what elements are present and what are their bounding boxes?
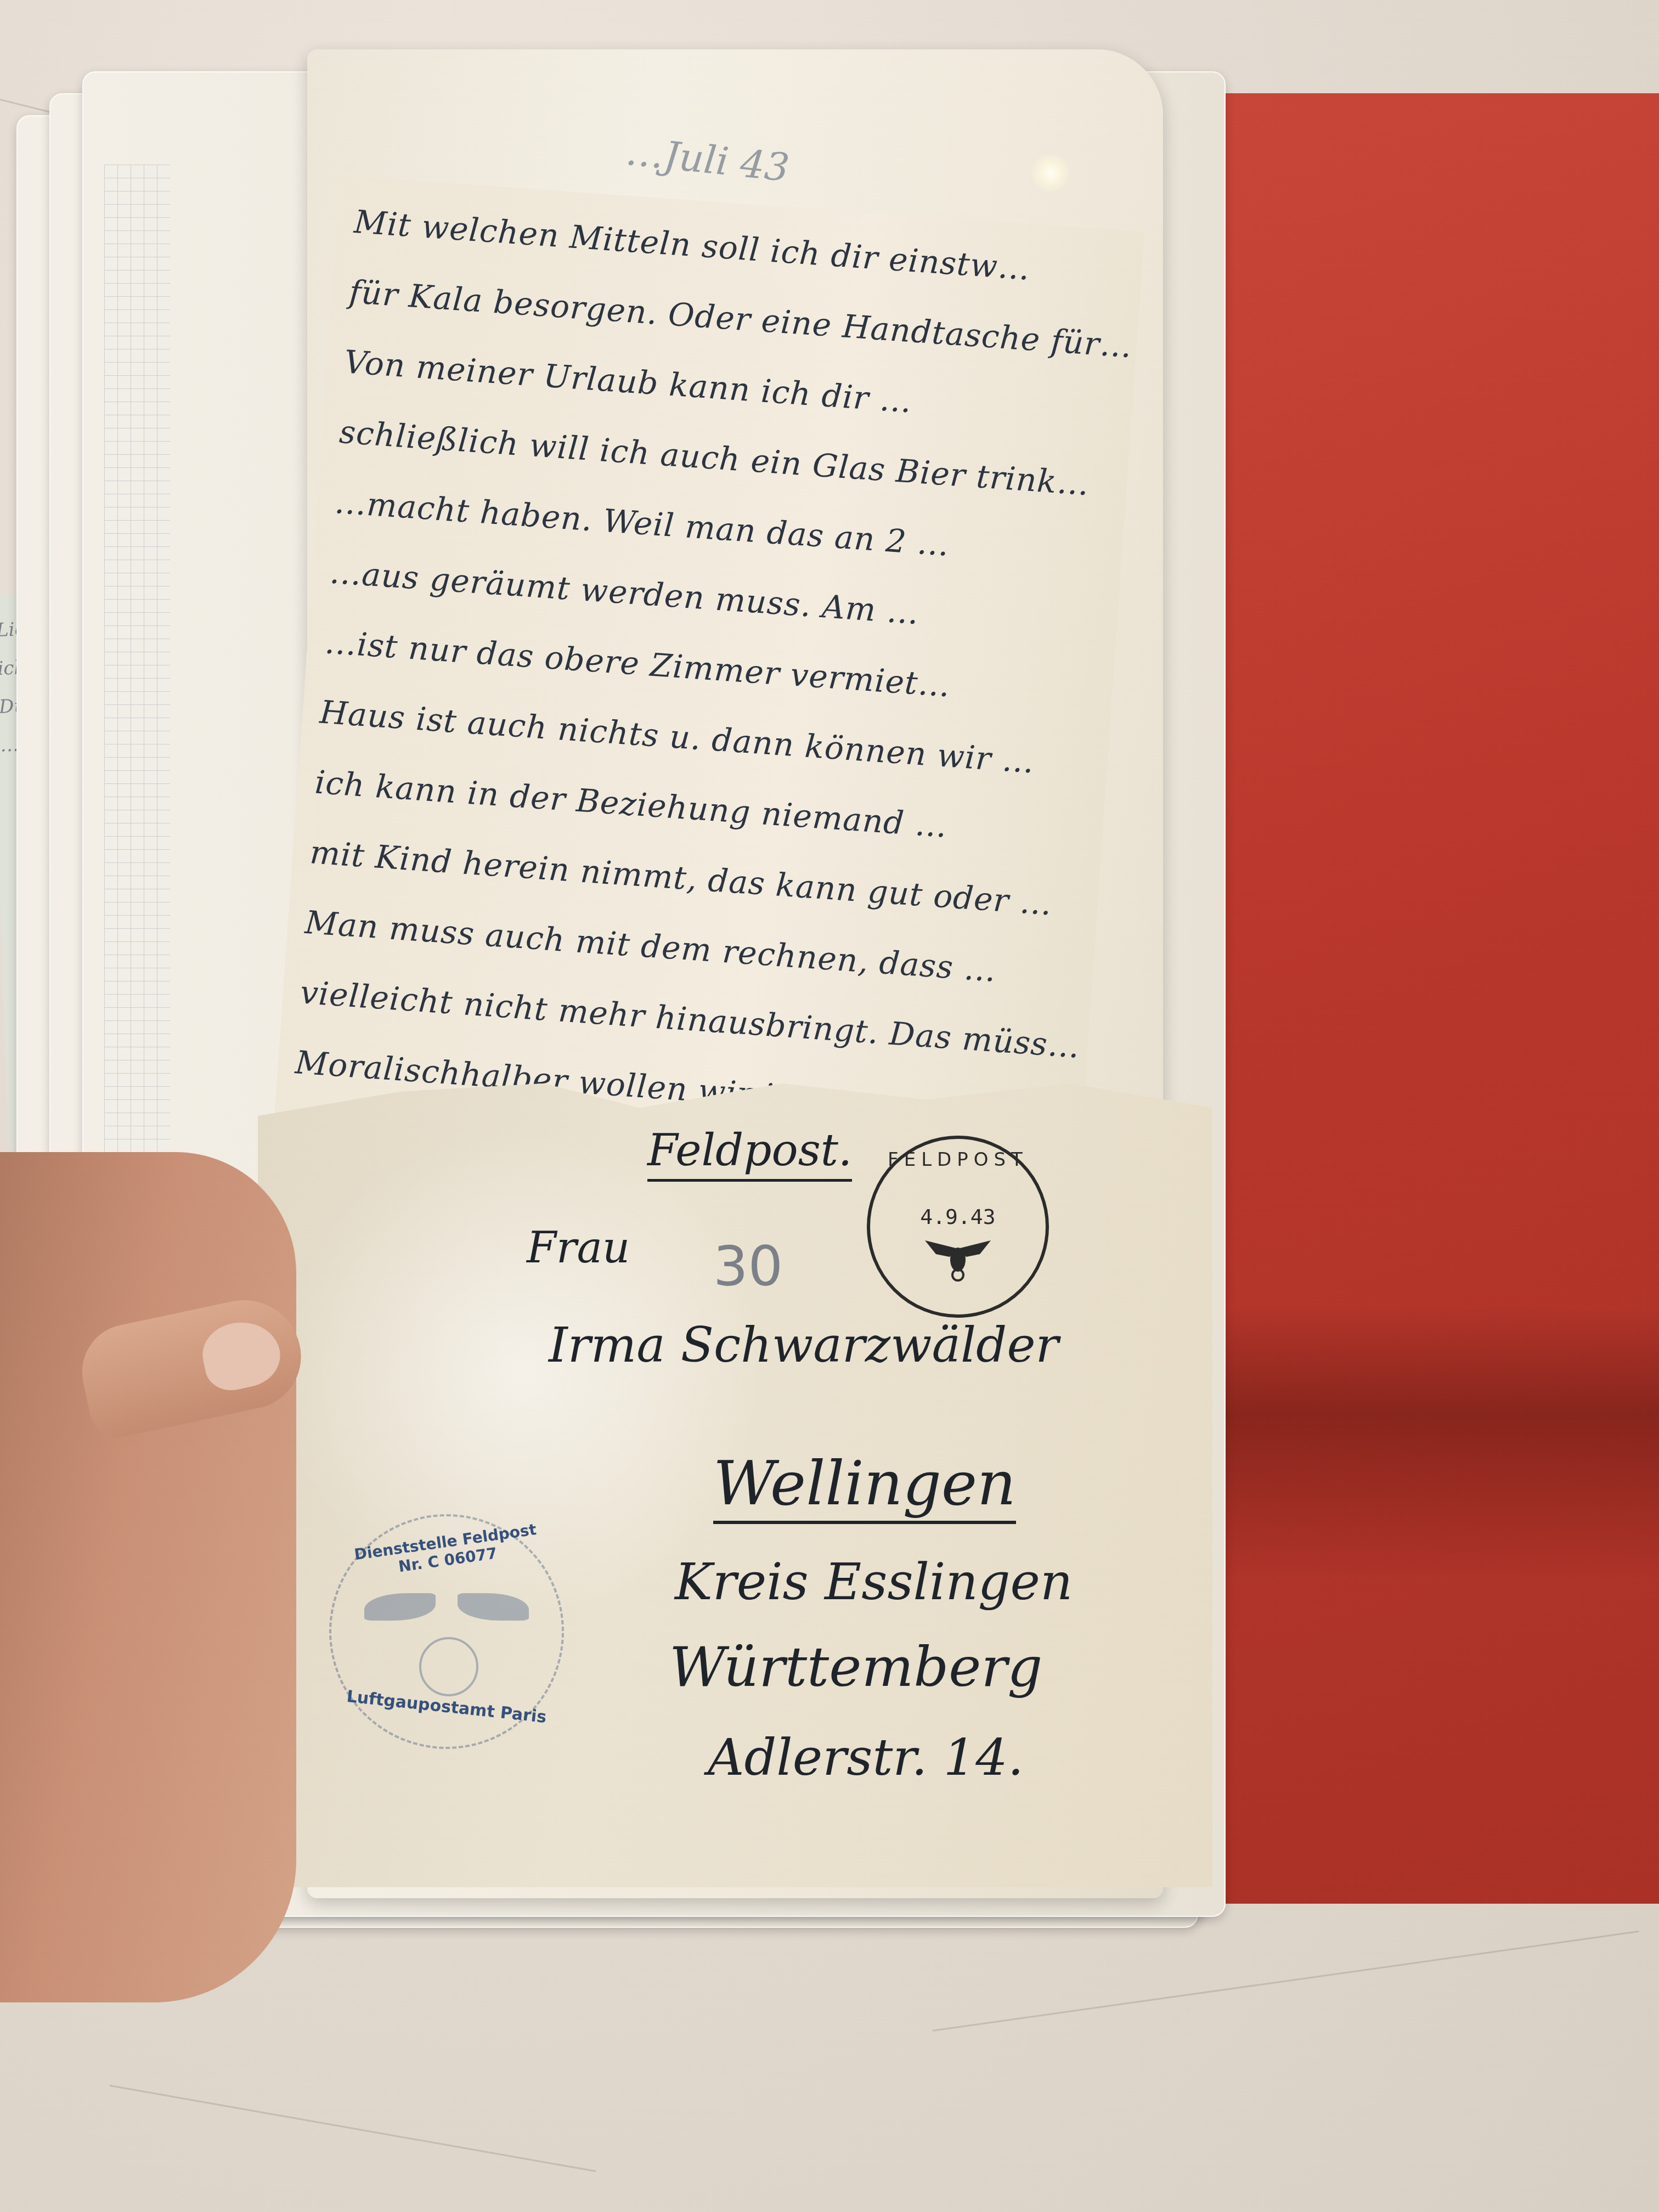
letter-body: Mit welchen Mitteln soll ich dir einstw…… [288, 187, 1144, 1222]
recipient-city: Wellingen [713, 1448, 1016, 1524]
recipient-salutation: Frau [527, 1223, 630, 1273]
envelope-header: Feldpost. [647, 1125, 852, 1182]
hand [0, 1152, 296, 2002]
postmark-date: 4.9.43 [870, 1205, 1046, 1229]
feldpost-postmark: FELDPOST 4.9.43 [867, 1136, 1049, 1318]
unit-stamp: Dienststelle Feldpost Nr. C 06077 Luftga… [329, 1514, 564, 1749]
recipient-name: Irma Schwarzwälder [549, 1317, 1059, 1373]
light-reflection [1031, 154, 1070, 192]
eagle-emblem-icon [919, 1238, 996, 1282]
recipient-street: Adlerstr. 14. [708, 1728, 1024, 1787]
recipient-state: Württemberg [669, 1635, 1042, 1699]
eagle-wing-icon [458, 1593, 529, 1621]
stamp-inner-circle [419, 1637, 478, 1696]
pencil-note: 30 [713, 1234, 783, 1299]
marble-vein [110, 2085, 596, 2172]
recipient-district: Kreis Esslingen [675, 1553, 1073, 1611]
eagle-wing-icon [364, 1593, 436, 1621]
marble-vein [933, 1931, 1639, 2032]
graph-paper-strip [104, 165, 170, 1262]
postmark-ring-text: FELDPOST [870, 1149, 1046, 1171]
